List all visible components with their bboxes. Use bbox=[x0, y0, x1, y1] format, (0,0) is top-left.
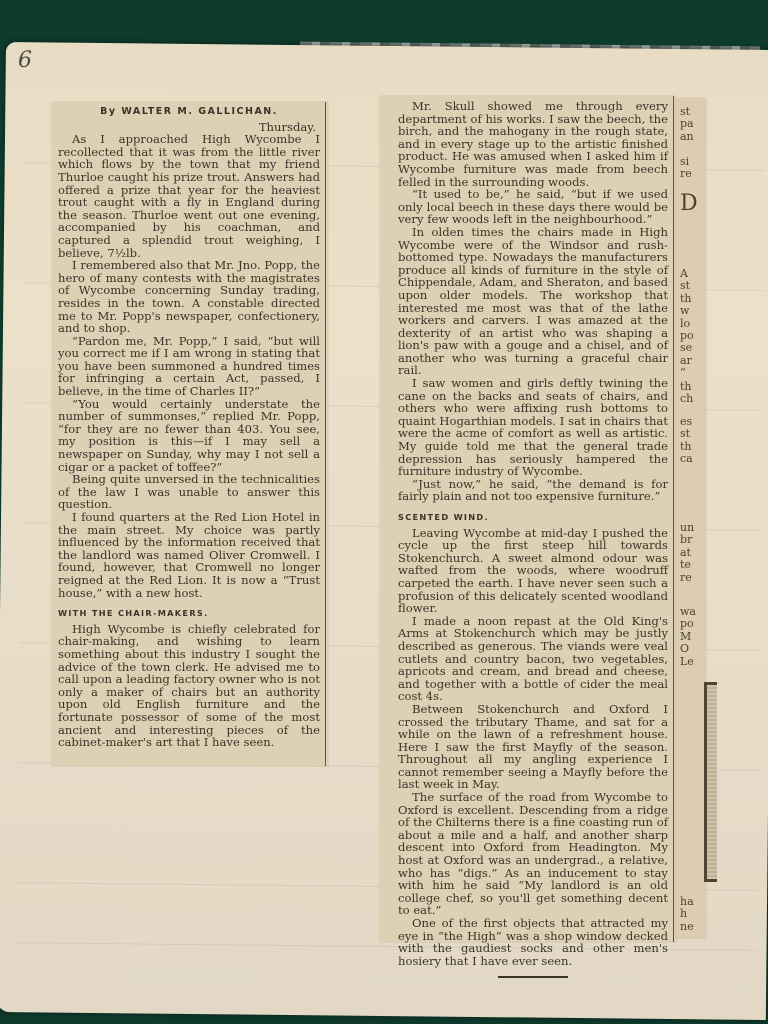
end-of-article-rule bbox=[498, 976, 568, 978]
paragraph: High Wycombe is chiefly celebrated for c… bbox=[58, 623, 320, 749]
paragraph: “You would certainly understate the numb… bbox=[58, 398, 320, 474]
cropped-adjacent-column: st pa an si re D A st th w lo po se ar “… bbox=[676, 98, 706, 938]
fragment-text: A st th w lo po se ar “ bbox=[680, 268, 694, 380]
newspaper-clipping-left: By WALTER M. GALLICHAN. Thursday. As I a… bbox=[52, 102, 328, 766]
paragraph: “It used to be,” he said, “but if we use… bbox=[398, 188, 668, 226]
fragment-text: wa po M O Le bbox=[680, 606, 696, 668]
fragment-text: es st th ca bbox=[680, 416, 693, 466]
paragraph: One of the first objects that attracted … bbox=[398, 917, 668, 967]
paragraph: “Pardon me, Mr. Popp,” I said, “but will… bbox=[58, 335, 320, 398]
paragraph: As I approached High Wycombe I recollect… bbox=[58, 133, 320, 259]
paragraph: Between Stokenchurch and Oxford I crosse… bbox=[398, 703, 668, 791]
fragment-text: si re bbox=[680, 156, 692, 181]
column-rule bbox=[325, 102, 326, 766]
section-subhead: WITH THE CHAIR-MAKERS. bbox=[58, 607, 320, 620]
fragment-text: st pa an bbox=[680, 106, 694, 143]
advertisement-border-fragment bbox=[704, 682, 717, 882]
paragraph: Mr. Skull showed me through every depart… bbox=[398, 100, 668, 188]
paragraph: In olden times the chairs made in High W… bbox=[398, 226, 668, 377]
byline: By WALTER M. GALLICHAN. bbox=[58, 106, 320, 119]
fragment-text: ha h ne bbox=[680, 896, 694, 933]
newspaper-clipping-right: Mr. Skull showed me through every depart… bbox=[380, 96, 676, 942]
paragraph: I found quarters at the Red Lion Hotel i… bbox=[58, 511, 320, 599]
paragraph: I made a noon repast at the Old King's A… bbox=[398, 615, 668, 703]
paragraph: The surface of the road from Wycombe to … bbox=[398, 791, 668, 917]
paragraph: I saw women and girls deftly twining the… bbox=[398, 377, 668, 478]
paragraph: Being quite unversed in the technicaliti… bbox=[58, 473, 320, 511]
paragraph: I remembered also that Mr. Jno. Popp, th… bbox=[58, 259, 320, 335]
fragment-text: th ch bbox=[680, 381, 693, 406]
fragment-drop-letter: D bbox=[680, 198, 698, 210]
section-subhead: SCENTED WIND. bbox=[398, 511, 668, 524]
fragment-text: un br at te re bbox=[680, 522, 694, 584]
handwritten-page-number: 6 bbox=[18, 48, 32, 73]
article-column: Mr. Skull showed me through every depart… bbox=[398, 100, 668, 978]
paragraph: Leaving Wycombe at mid-day I pushed the … bbox=[398, 527, 668, 615]
paragraph: “Just now,” he said, “the demand is for … bbox=[398, 478, 668, 503]
article-column: By WALTER M. GALLICHAN. Thursday. As I a… bbox=[58, 106, 320, 749]
column-rule bbox=[673, 96, 674, 942]
